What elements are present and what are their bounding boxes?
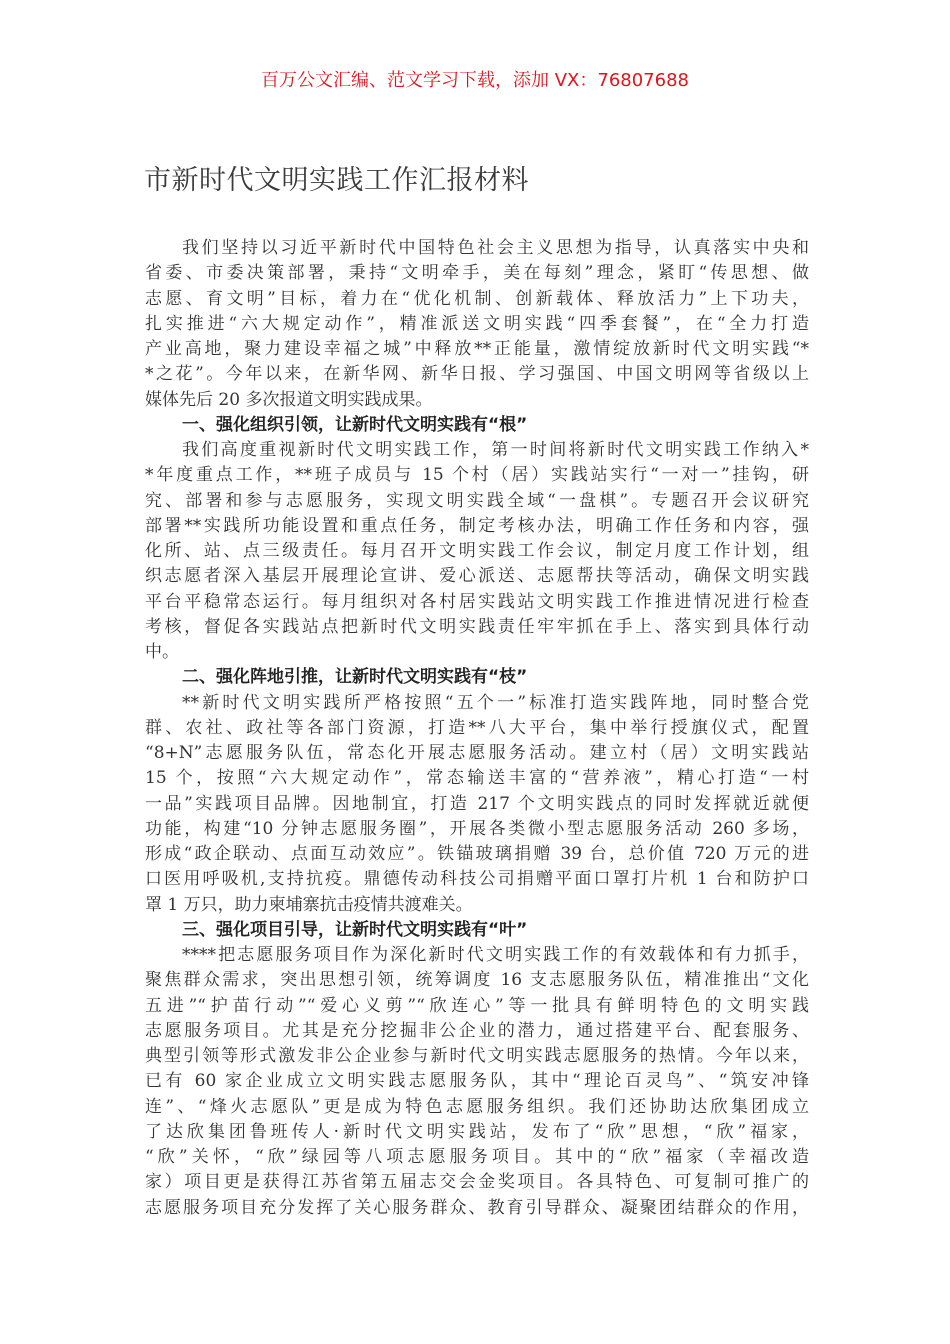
paragraph-line: 罩 1 万只，助力柬埔寨抗击疫情共渡难关。 <box>145 893 809 918</box>
paragraph-line: 一品”实践项目品牌。因地制宜，打造 217 个文明实践点的同时发挥就近就便 <box>145 792 809 817</box>
paragraph-line: 家）项目更是获得江苏省第五届志交会金奖项目。各具特色、可复制可推广的 <box>145 1170 809 1195</box>
paragraph-line: 产业高地，聚力建设幸福之城”中释放**正能量，激情绽放新时代文明实践“* <box>145 337 809 362</box>
paragraph-line: ****把志愿服务项目作为深化新时代文明实践工作的有效载体和有力抓手， <box>145 943 809 968</box>
section-3: 三、强化项目引导，让新时代文明实践有“叶” ****把志愿服务项目作为深化新时代… <box>145 918 809 1221</box>
paragraph-line: 我们坚持以习近平新时代中国特色社会主义思想为指导，认真落实中央和 <box>145 236 809 261</box>
section-1: 一、强化组织引领，让新时代文明实践有“根” 我们高度重视新时代文明实践工作，第一… <box>145 413 809 666</box>
document-body: 我们坚持以习近平新时代中国特色社会主义思想为指导，认真落实中央和 省委、市委决策… <box>145 236 809 1221</box>
paragraph-line: 功能，构建“10 分钟志愿服务圈”，开展各类微小型志愿服务活动 260 多场， <box>145 817 809 842</box>
paragraph-line: 形成“政企联动、点面互动效应”。铁锚玻璃捐赠 39 台，总价值 720 万元的进 <box>145 842 809 867</box>
paragraph-line: 媒体先后 20 多次报道文明实践成果。 <box>145 388 809 413</box>
section-heading: 二、强化阵地引推，让新时代文明实践有“枝” <box>145 665 809 690</box>
paragraph-line: 我们高度重视新时代文明实践工作，第一时间将新时代文明实践工作纳入* <box>145 438 809 463</box>
document-page: 百万公文汇编、范文学习下载，添加 VX：76807688 市新时代文明实践工作汇… <box>0 0 950 1344</box>
paragraph-line: 中。 <box>145 640 809 665</box>
paragraph-line: *年度重点工作，**班子成员与 15 个村（居）实践站实行“一对一”挂钩，研 <box>145 463 809 488</box>
paragraph-line: 15 个，按照“六大规定动作”，常态输送丰富的“营养液”，精心打造“一村 <box>145 766 809 791</box>
section-heading: 一、强化组织引领，让新时代文明实践有“根” <box>145 413 809 438</box>
paragraph-line: 聚焦群众需求，突出思想引领，统筹调度 16 支志愿服务队伍，精准推出“文化 <box>145 968 809 993</box>
paragraph-line: 织志愿者深入基层开展理论宣讲、爱心派送、志愿帮扶等活动，确保文明实践 <box>145 564 809 589</box>
paragraph-line: “8+N”志愿服务队伍，常态化开展志愿服务活动。建立村（居）文明实践站 <box>145 741 809 766</box>
paragraph-line: 群、农社、政社等各部门资源，打造**八大平台，集中举行授旗仪式，配置 <box>145 716 809 741</box>
paragraph-line: 究、部署和参与志愿服务，实现文明实践全域“一盘棋”。专题召开会议研究 <box>145 489 809 514</box>
paragraph-line: 五进”“护苗行动”“爱心义剪”“欣连心”等一批具有鲜明特色的文明实践 <box>145 994 809 1019</box>
paragraph-line: 扎实推进“六大规定动作”，精准派送文明实践“四季套餐”，在“全力打造 <box>145 312 809 337</box>
section-heading: 三、强化项目引导，让新时代文明实践有“叶” <box>145 918 809 943</box>
paragraph-line: 考核，督促各实践站点把新时代文明实践责任牢牢抓在手上、落实到具体行动 <box>145 615 809 640</box>
document-title: 市新时代文明实践工作汇报材料 <box>144 158 529 197</box>
paragraph-line: 志愿、育文明”目标，着力在“优化机制、创新载体、释放活力”上下功夫， <box>145 287 809 312</box>
paragraph-line: 部署**实践所功能设置和重点任务，制定考核办法，明确工作任务和内容，强 <box>145 514 809 539</box>
paragraph-line: **新时代文明实践所严格按照“五个一”标准打造实践阵地，同时整合党 <box>145 691 809 716</box>
paragraph-line: 省委、市委决策部署，秉持“文明牵手，美在每刻”理念，紧盯“传思想、做 <box>145 261 809 286</box>
paragraph-line: “欣”关怀，“欣”绿园等八项志愿服务项目。其中的“欣”福家（幸福改造 <box>145 1145 809 1170</box>
watermark-banner: 百万公文汇编、范文学习下载，添加 VX：76807688 <box>0 66 950 92</box>
paragraph-line: 连”、“烽火志愿队”更是成为特色志愿服务组织。我们还协助达欣集团成立 <box>145 1095 809 1120</box>
paragraph-line: 口医用呼吸机,支持抗疫。鼎德传动科技公司捐赠平面口罩打片机 1 台和防护口 <box>145 867 809 892</box>
section-2: 二、强化阵地引推，让新时代文明实践有“枝” **新时代文明实践所严格按照“五个一… <box>145 665 809 918</box>
paragraph-line: 典型引领等形式激发非公企业参与新时代文明实践志愿服务的热情。今年以来， <box>145 1044 809 1069</box>
paragraph-line: 了达欣集团鲁班传人·新时代文明实践站，发布了“欣”思想，“欣”福家， <box>145 1120 809 1145</box>
paragraph-line: 志愿服务项目。尤其是充分挖掘非公企业的潜力，通过搭建平台、配套服务、 <box>145 1019 809 1044</box>
paragraph-line: 已有 60 家企业成立文明实践志愿服务队，其中“理论百灵鸟”、“筑安冲锋 <box>145 1069 809 1094</box>
paragraph-line: 平台平稳常态运行。每月组织对各村居实践站文明实践工作推进情况进行检查 <box>145 590 809 615</box>
paragraph-line: *之花”。今年以来，在新华网、新华日报、学习强国、中国文明网等省级以上 <box>145 362 809 387</box>
paragraph-line: 化所、站、点三级责任。每月召开文明实践工作会议，制定月度工作计划，组 <box>145 539 809 564</box>
intro-paragraph: 我们坚持以习近平新时代中国特色社会主义思想为指导，认真落实中央和 省委、市委决策… <box>145 236 809 413</box>
paragraph-line: 志愿服务项目充分发挥了关心服务群众、教育引导群众、凝聚团结群众的作用， <box>145 1196 809 1221</box>
